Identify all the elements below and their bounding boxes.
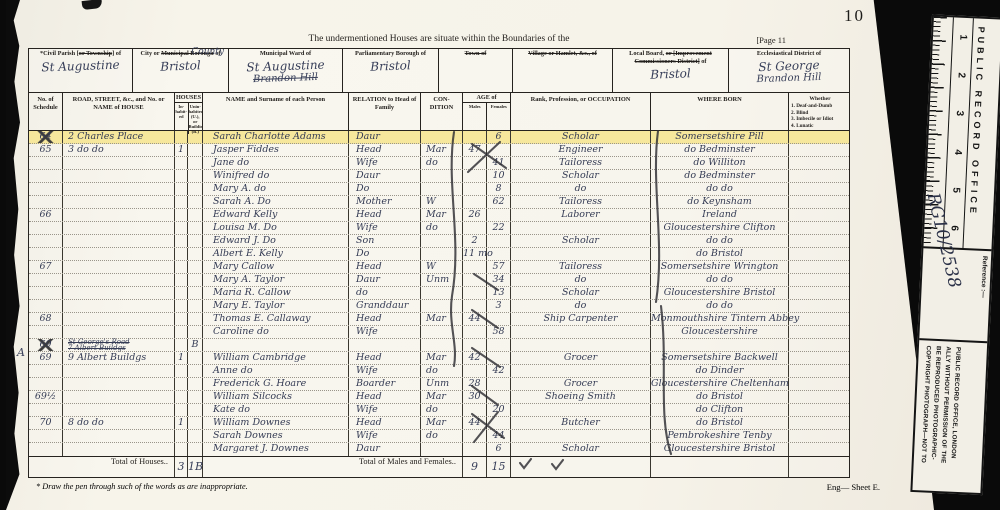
district-field-parliamentary-borough: Parliamentary Borough ofBristol — [343, 49, 439, 92]
col-houses-label: HOUSES — [175, 94, 202, 103]
cell-sched: 67 — [29, 261, 63, 273]
cell-age_f: 58 — [487, 326, 511, 338]
cell-born: Gloucestershire — [651, 326, 789, 338]
cell-sched — [29, 430, 63, 442]
cell-rel: Wife — [349, 222, 421, 234]
cell-uninh — [188, 248, 203, 260]
cell-rel: Head — [349, 144, 421, 156]
cell-age_f: 6 — [487, 131, 511, 143]
cell-uninh — [188, 196, 203, 208]
cell-rel: Do — [349, 248, 421, 260]
cell-occ — [511, 222, 651, 234]
cell-born: Gloucestershire Bristol — [651, 287, 789, 299]
cell-uninh — [188, 391, 203, 403]
cell-name: William Silcocks — [203, 391, 349, 403]
cell-cond: do — [421, 222, 463, 234]
cell-cond — [421, 300, 463, 312]
cell-uninh — [188, 365, 203, 377]
field-value: St Augustine — [31, 57, 130, 74]
census-row: 708 do do1William DownesHeadMar44Butcher… — [29, 417, 849, 430]
cell-rel: Daur — [349, 170, 421, 182]
cell-road — [63, 196, 175, 208]
form-title: The undermentioned Houses are situate wi… — [309, 34, 570, 44]
cell-name: Sarah A. Do — [203, 196, 349, 208]
cell-uninh — [188, 222, 203, 234]
cell-uninh — [188, 313, 203, 325]
cell-born: Somersetshire Pill — [651, 131, 789, 143]
cell-occ: Grocer — [511, 352, 651, 364]
totals-empty-born — [651, 457, 789, 477]
cell-rel: Wife — [349, 365, 421, 377]
cell-wh — [789, 326, 849, 338]
district-field-city-borough: City or Municipal Borough ofCountyBristo… — [133, 49, 229, 92]
cell-rel: do — [349, 287, 421, 299]
cell-wh — [789, 144, 849, 156]
cell-wh — [789, 313, 849, 325]
cell-wh — [789, 131, 849, 143]
cell-age_f: 3 — [487, 300, 511, 312]
census-row: 68Thomas E. CallawayHeadMar44Ship Carpen… — [29, 313, 849, 326]
cell-occ: Tailoress — [511, 157, 651, 169]
cell-age_m: 11 mo — [463, 248, 487, 260]
cell-born: do Bristol — [651, 248, 789, 260]
cell-age_f: 42 — [487, 365, 511, 377]
form-footer: * Draw the pen through such of the words… — [36, 482, 880, 492]
cell-cond: Mar — [421, 313, 463, 325]
cell-name: Albert E. Kelly — [203, 248, 349, 260]
cell-born: do do — [651, 183, 789, 195]
census-row: 69St George's Road7 Albert BuildgsB — [29, 339, 849, 352]
cell-name — [203, 339, 349, 351]
district-field-village-hamlet: Village or Hamlet, &c., of — [513, 49, 613, 92]
district-field-ecclesiastical-district: Ecclesiastical District ofSt GeorgeBrand… — [729, 49, 849, 92]
cell-wh — [789, 183, 849, 195]
cell-uninh — [188, 352, 203, 364]
cell-sched: 64 — [29, 131, 63, 143]
page-number: 10 — [844, 6, 865, 26]
cell-born — [651, 339, 789, 351]
cell-name: Jasper Fiddes — [203, 144, 349, 156]
cell-cond — [421, 131, 463, 143]
census-row: 642 Charles PlaceSarah Charlotte AdamsDa… — [29, 131, 849, 144]
cell-occ — [511, 365, 651, 377]
cell-name: Margaret J. Downes — [203, 443, 349, 456]
cell-name: Maria R. Callow — [203, 287, 349, 299]
cell-age_m — [463, 274, 487, 286]
cell-road — [63, 222, 175, 234]
cell-road — [63, 443, 175, 456]
cell-born: do do — [651, 235, 789, 247]
cell-born: Monmouthshire Tintern Abbey — [651, 313, 789, 325]
cell-cond — [421, 248, 463, 260]
cell-cond — [421, 339, 463, 351]
cell-inh — [175, 404, 188, 416]
census-row: Albert E. KellyDo11 modo Bristol — [29, 248, 849, 261]
totals-row: Total of Houses.. 3 1B Total of Males an… — [29, 456, 849, 477]
cell-cond: do — [421, 157, 463, 169]
col-born: WHERE BORN — [651, 93, 789, 130]
cell-born: do Bristol — [651, 391, 789, 403]
cell-road — [63, 404, 175, 416]
census-row: Kate doWifedo20do Clifton — [29, 404, 849, 417]
cell-sched: 69½ — [29, 391, 63, 403]
cell-wh — [789, 339, 849, 351]
cell-age_f — [487, 417, 511, 429]
col-infirmity: Whether 1. Deaf-and-Dumb2. Blind3. Imbec… — [789, 93, 849, 130]
cell-born: Somersetshire Backwell — [651, 352, 789, 364]
cell-road: 2 Charles Place — [63, 131, 175, 143]
cell-cond: Mar — [421, 352, 463, 364]
census-row: Jane doWifedo41Tailoressdo Williton — [29, 157, 849, 170]
col-schedule: No. of Schedule — [29, 93, 63, 130]
col-inhabited: In-habit-ed — [175, 103, 188, 134]
district-field-town: Town of — [439, 49, 513, 92]
total-houses-inhabited: 3 — [175, 457, 188, 477]
district-field-local-board: Local Board, or [Improvement Commissione… — [613, 49, 729, 92]
ink-blot — [82, 0, 103, 10]
cell-road — [63, 209, 175, 221]
cell-born: do do — [651, 274, 789, 286]
census-row: Maria R. Callowdo13ScholarGloucestershir… — [29, 287, 849, 300]
cell-name: Anne do — [203, 365, 349, 377]
cell-rel: Head — [349, 352, 421, 364]
cell-name: Sarah Downes — [203, 430, 349, 442]
cell-age_m: 44 — [463, 313, 487, 325]
cell-name: Mary A. Taylor — [203, 274, 349, 286]
col-infirmity-label: Whether — [791, 96, 849, 103]
cell-rel: Daur — [349, 131, 421, 143]
cell-age_m — [463, 261, 487, 273]
cell-age_m: 42 — [463, 352, 487, 364]
cell-rel: Wife — [349, 430, 421, 442]
cell-inh — [175, 248, 188, 260]
cell-inh — [175, 131, 188, 143]
cell-rel: Head — [349, 209, 421, 221]
cell-cond: do — [421, 430, 463, 442]
cell-name: William Downes — [203, 417, 349, 429]
total-females: 15 — [487, 457, 511, 477]
cell-name: Sarah Charlotte Adams — [203, 131, 349, 143]
col-occupation: Rank, Profession, or OCCUPATION — [511, 93, 651, 130]
cell-born: do Clifton — [651, 404, 789, 416]
cell-rel: Daur — [349, 443, 421, 456]
census-table: No. of Schedule ROAD, STREET, &c., and N… — [28, 92, 850, 478]
cell-uninh — [188, 326, 203, 338]
cell-wh — [789, 222, 849, 234]
cell-age_f: 62 — [487, 196, 511, 208]
cell-age_m — [463, 430, 487, 442]
cell-road — [63, 326, 175, 338]
census-row: Mary A. doDo8dodo do — [29, 183, 849, 196]
col-name: NAME and Surname of each Person — [203, 93, 349, 130]
sheet-label: Eng— Sheet E. — [827, 482, 880, 492]
cell-name: Frederick G. Hoare — [203, 378, 349, 390]
census-row: 66Edward KellyHeadMar26LaborerIreland — [29, 209, 849, 222]
cell-inh: 1 — [175, 352, 188, 364]
census-row: Margaret J. DownesDaur6ScholarGloucester… — [29, 443, 849, 456]
page-label: [Page 11 — [756, 35, 786, 45]
census-row: Mary E. TaylorGranddaur3dodo do — [29, 300, 849, 313]
col-uninhabited: Unin-habited (U.), or Building (B.) — [188, 103, 202, 134]
cell-inh — [175, 196, 188, 208]
cell-name: William Cambridge — [203, 352, 349, 364]
cell-inh — [175, 326, 188, 338]
cell-age_m — [463, 365, 487, 377]
cell-road — [63, 287, 175, 299]
cell-rel: Mother — [349, 196, 421, 208]
cell-sched — [29, 235, 63, 247]
field-label: Local Board, or [Improvement Commissione… — [615, 50, 726, 66]
cell-rel: Son — [349, 235, 421, 247]
cell-inh: 1 — [175, 144, 188, 156]
cell-occ: Laborer — [511, 209, 651, 221]
cell-wh — [789, 430, 849, 442]
table-body: 642 Charles PlaceSarah Charlotte AdamsDa… — [29, 131, 849, 456]
cell-road — [63, 391, 175, 403]
census-row: Louisa M. DoWifedo22Gloucestershire Clif… — [29, 222, 849, 235]
cell-sched — [29, 222, 63, 234]
cell-wh — [789, 170, 849, 182]
cell-name: Mary E. Taylor — [203, 300, 349, 312]
cell-inh — [175, 339, 188, 351]
cell-name: Kate do — [203, 404, 349, 416]
cell-age_m — [463, 222, 487, 234]
cell-rel: Wife — [349, 157, 421, 169]
cell-occ — [511, 404, 651, 416]
census-row: Frederick G. HoareBoarderUnm28GrocerGlou… — [29, 378, 849, 391]
cell-occ: do — [511, 300, 651, 312]
cell-occ: do — [511, 274, 651, 286]
cell-name: Winifred do — [203, 170, 349, 182]
cell-occ: Scholar — [511, 170, 651, 182]
cell-age_f — [487, 235, 511, 247]
cell-name: Caroline do — [203, 326, 349, 338]
cell-born: Gloucestershire Clifton — [651, 222, 789, 234]
cell-uninh — [188, 144, 203, 156]
cell-road — [63, 378, 175, 390]
cell-occ: Shoeing Smith — [511, 391, 651, 403]
cell-inh — [175, 222, 188, 234]
cell-sched — [29, 274, 63, 286]
cell-age_m — [463, 183, 487, 195]
field-value: Bristol — [345, 57, 436, 74]
cell-age_m — [463, 287, 487, 299]
cell-road — [63, 235, 175, 247]
cell-uninh — [188, 157, 203, 169]
cell-rel: Head — [349, 261, 421, 273]
district-header: *Civil Parish [or Township] ofSt Augusti… — [28, 48, 850, 92]
cell-cond — [421, 170, 463, 182]
col-age-males: Males — [463, 103, 486, 130]
reference-section: Reference :— RG10/2538 — [919, 248, 991, 343]
cell-born: do Keynsham — [651, 196, 789, 208]
cell-name: Thomas E. Callaway — [203, 313, 349, 325]
cell-rel: Head — [349, 391, 421, 403]
cell-cond: Mar — [421, 209, 463, 221]
cell-road — [63, 430, 175, 442]
cell-road — [63, 183, 175, 195]
cell-inh — [175, 183, 188, 195]
cell-rel: Boarder — [349, 378, 421, 390]
cell-occ: Scholar — [511, 131, 651, 143]
cell-uninh — [188, 443, 203, 456]
cell-wh — [789, 352, 849, 364]
cell-sched — [29, 300, 63, 312]
cell-occ — [511, 326, 651, 338]
cell-wh — [789, 365, 849, 377]
cell-name: Mary Callow — [203, 261, 349, 273]
cell-occ: Engineer — [511, 144, 651, 156]
cell-age_f — [487, 352, 511, 364]
cell-inh — [175, 235, 188, 247]
cell-age_f: 44 — [487, 430, 511, 442]
cell-sched: 65 — [29, 144, 63, 156]
field-value: Bristol — [135, 57, 226, 74]
cell-occ — [511, 339, 651, 351]
cell-sched: 69 — [29, 339, 63, 351]
cell-cond: Mar — [421, 391, 463, 403]
cell-occ — [511, 430, 651, 442]
cell-sched: 70 — [29, 417, 63, 429]
cell-age_f: 20 — [487, 404, 511, 416]
infirmity-list: 1. Deaf-and-Dumb2. Blind3. Imbecile or I… — [791, 103, 849, 129]
cell-wh — [789, 274, 849, 286]
margin-note: A — [17, 346, 25, 359]
cell-born: Somersetshire Wrington — [651, 261, 789, 273]
cell-age_f: 6 — [487, 443, 511, 456]
document-page: 10 The undermentioned Houses are situate… — [6, 0, 934, 510]
census-row: Mary A. TaylorDaurUnm34dodo do — [29, 274, 849, 287]
census-row: 699 Albert Buildgs1William CambridgeHead… — [29, 352, 849, 365]
cell-inh: 1 — [175, 417, 188, 429]
cell-wh — [789, 378, 849, 390]
cell-road — [63, 157, 175, 169]
totals-empty-infirmity — [789, 457, 849, 477]
cell-age_f — [487, 339, 511, 351]
cell-wh — [789, 300, 849, 312]
cell-age_f: 8 — [487, 183, 511, 195]
cell-uninh — [188, 378, 203, 390]
total-houses-label: Total of Houses.. — [29, 457, 175, 477]
cell-uninh — [188, 261, 203, 273]
cell-sched: 66 — [29, 209, 63, 221]
cell-age_m — [463, 170, 487, 182]
cell-road — [63, 300, 175, 312]
cell-inh — [175, 365, 188, 377]
cell-wh — [789, 417, 849, 429]
cell-occ: Tailoress — [511, 261, 651, 273]
cell-uninh — [188, 430, 203, 442]
cell-road: 9 Albert Buildgs — [63, 352, 175, 364]
cell-wh — [789, 196, 849, 208]
field-label: Parliamentary Borough of — [345, 50, 436, 58]
cell-road: 3 do do — [63, 144, 175, 156]
col-age: AGE of Males Females — [463, 93, 511, 130]
cell-wh — [789, 443, 849, 456]
census-row: Edward J. DoSon2Scholardo do — [29, 235, 849, 248]
cell-road — [63, 365, 175, 377]
cell-occ: Grocer — [511, 378, 651, 390]
cell-rel: Head — [349, 417, 421, 429]
cell-inh — [175, 300, 188, 312]
cell-name: Mary A. do — [203, 183, 349, 195]
cell-sched — [29, 157, 63, 169]
cell-cond — [421, 287, 463, 299]
cell-inh — [175, 378, 188, 390]
cell-occ: Butcher — [511, 417, 651, 429]
cell-occ: Tailoress — [511, 196, 651, 208]
cell-sched — [29, 404, 63, 416]
cell-sched — [29, 248, 63, 260]
table-header: No. of Schedule ROAD, STREET, &c., and N… — [29, 93, 849, 131]
cell-inh — [175, 430, 188, 442]
col-relation: RELATION to Head of Family — [349, 93, 421, 130]
cell-born: do Bedminster — [651, 144, 789, 156]
cell-age_m: 26 — [463, 209, 487, 221]
cell-cond: W — [421, 196, 463, 208]
census-row: Sarah DownesWifedo44Pembrokeshire Tenby — [29, 430, 849, 443]
cell-age_f: 41 — [487, 157, 511, 169]
cell-age_m — [463, 157, 487, 169]
cell-age_m — [463, 300, 487, 312]
total-males: 9 — [463, 457, 487, 477]
cell-born: Gloucestershire Cheltenham — [651, 378, 789, 390]
cell-sched: 68 — [29, 313, 63, 325]
cell-road: St George's Road7 Albert Buildgs — [63, 339, 175, 351]
field-label: Village or Hamlet, &c., of — [515, 50, 610, 58]
cell-uninh — [188, 287, 203, 299]
cell-uninh: B — [188, 339, 203, 351]
cell-born: do Bedminster — [651, 170, 789, 182]
cell-occ — [511, 248, 651, 260]
cell-cond — [421, 443, 463, 456]
cell-rel: Granddaur — [349, 300, 421, 312]
cell-age_m — [463, 131, 487, 143]
cell-born: Pembrokeshire Tenby — [651, 430, 789, 442]
reference-label: Reference :— — [979, 256, 988, 298]
cell-cond: Mar — [421, 144, 463, 156]
cell-wh — [789, 391, 849, 403]
cell-road: 8 do do — [63, 417, 175, 429]
cell-age_f: 10 — [487, 170, 511, 182]
cell-age_m — [463, 339, 487, 351]
cell-wh — [789, 209, 849, 221]
cell-uninh — [188, 274, 203, 286]
cell-cond: do — [421, 365, 463, 377]
cell-inh — [175, 313, 188, 325]
cell-age_f — [487, 209, 511, 221]
cell-uninh — [188, 170, 203, 182]
cell-born: Ireland — [651, 209, 789, 221]
census-row: 69½William SilcocksHeadMar30Shoeing Smit… — [29, 391, 849, 404]
cell-cond — [421, 183, 463, 195]
cell-born: do Bristol — [651, 417, 789, 429]
cell-name: Edward J. Do — [203, 235, 349, 247]
cell-born: Gloucestershire Bristol — [651, 443, 789, 456]
cell-age_f — [487, 248, 511, 260]
cell-inh — [175, 274, 188, 286]
cell-sched — [29, 443, 63, 456]
cell-name: Jane do — [203, 157, 349, 169]
cell-cond — [421, 235, 463, 247]
cell-inh — [175, 287, 188, 299]
cell-uninh — [188, 417, 203, 429]
cell-age_m: 30 — [463, 391, 487, 403]
cell-inh — [175, 261, 188, 273]
cell-cond: Unm — [421, 378, 463, 390]
cell-sched — [29, 326, 63, 338]
cell-road — [63, 248, 175, 260]
